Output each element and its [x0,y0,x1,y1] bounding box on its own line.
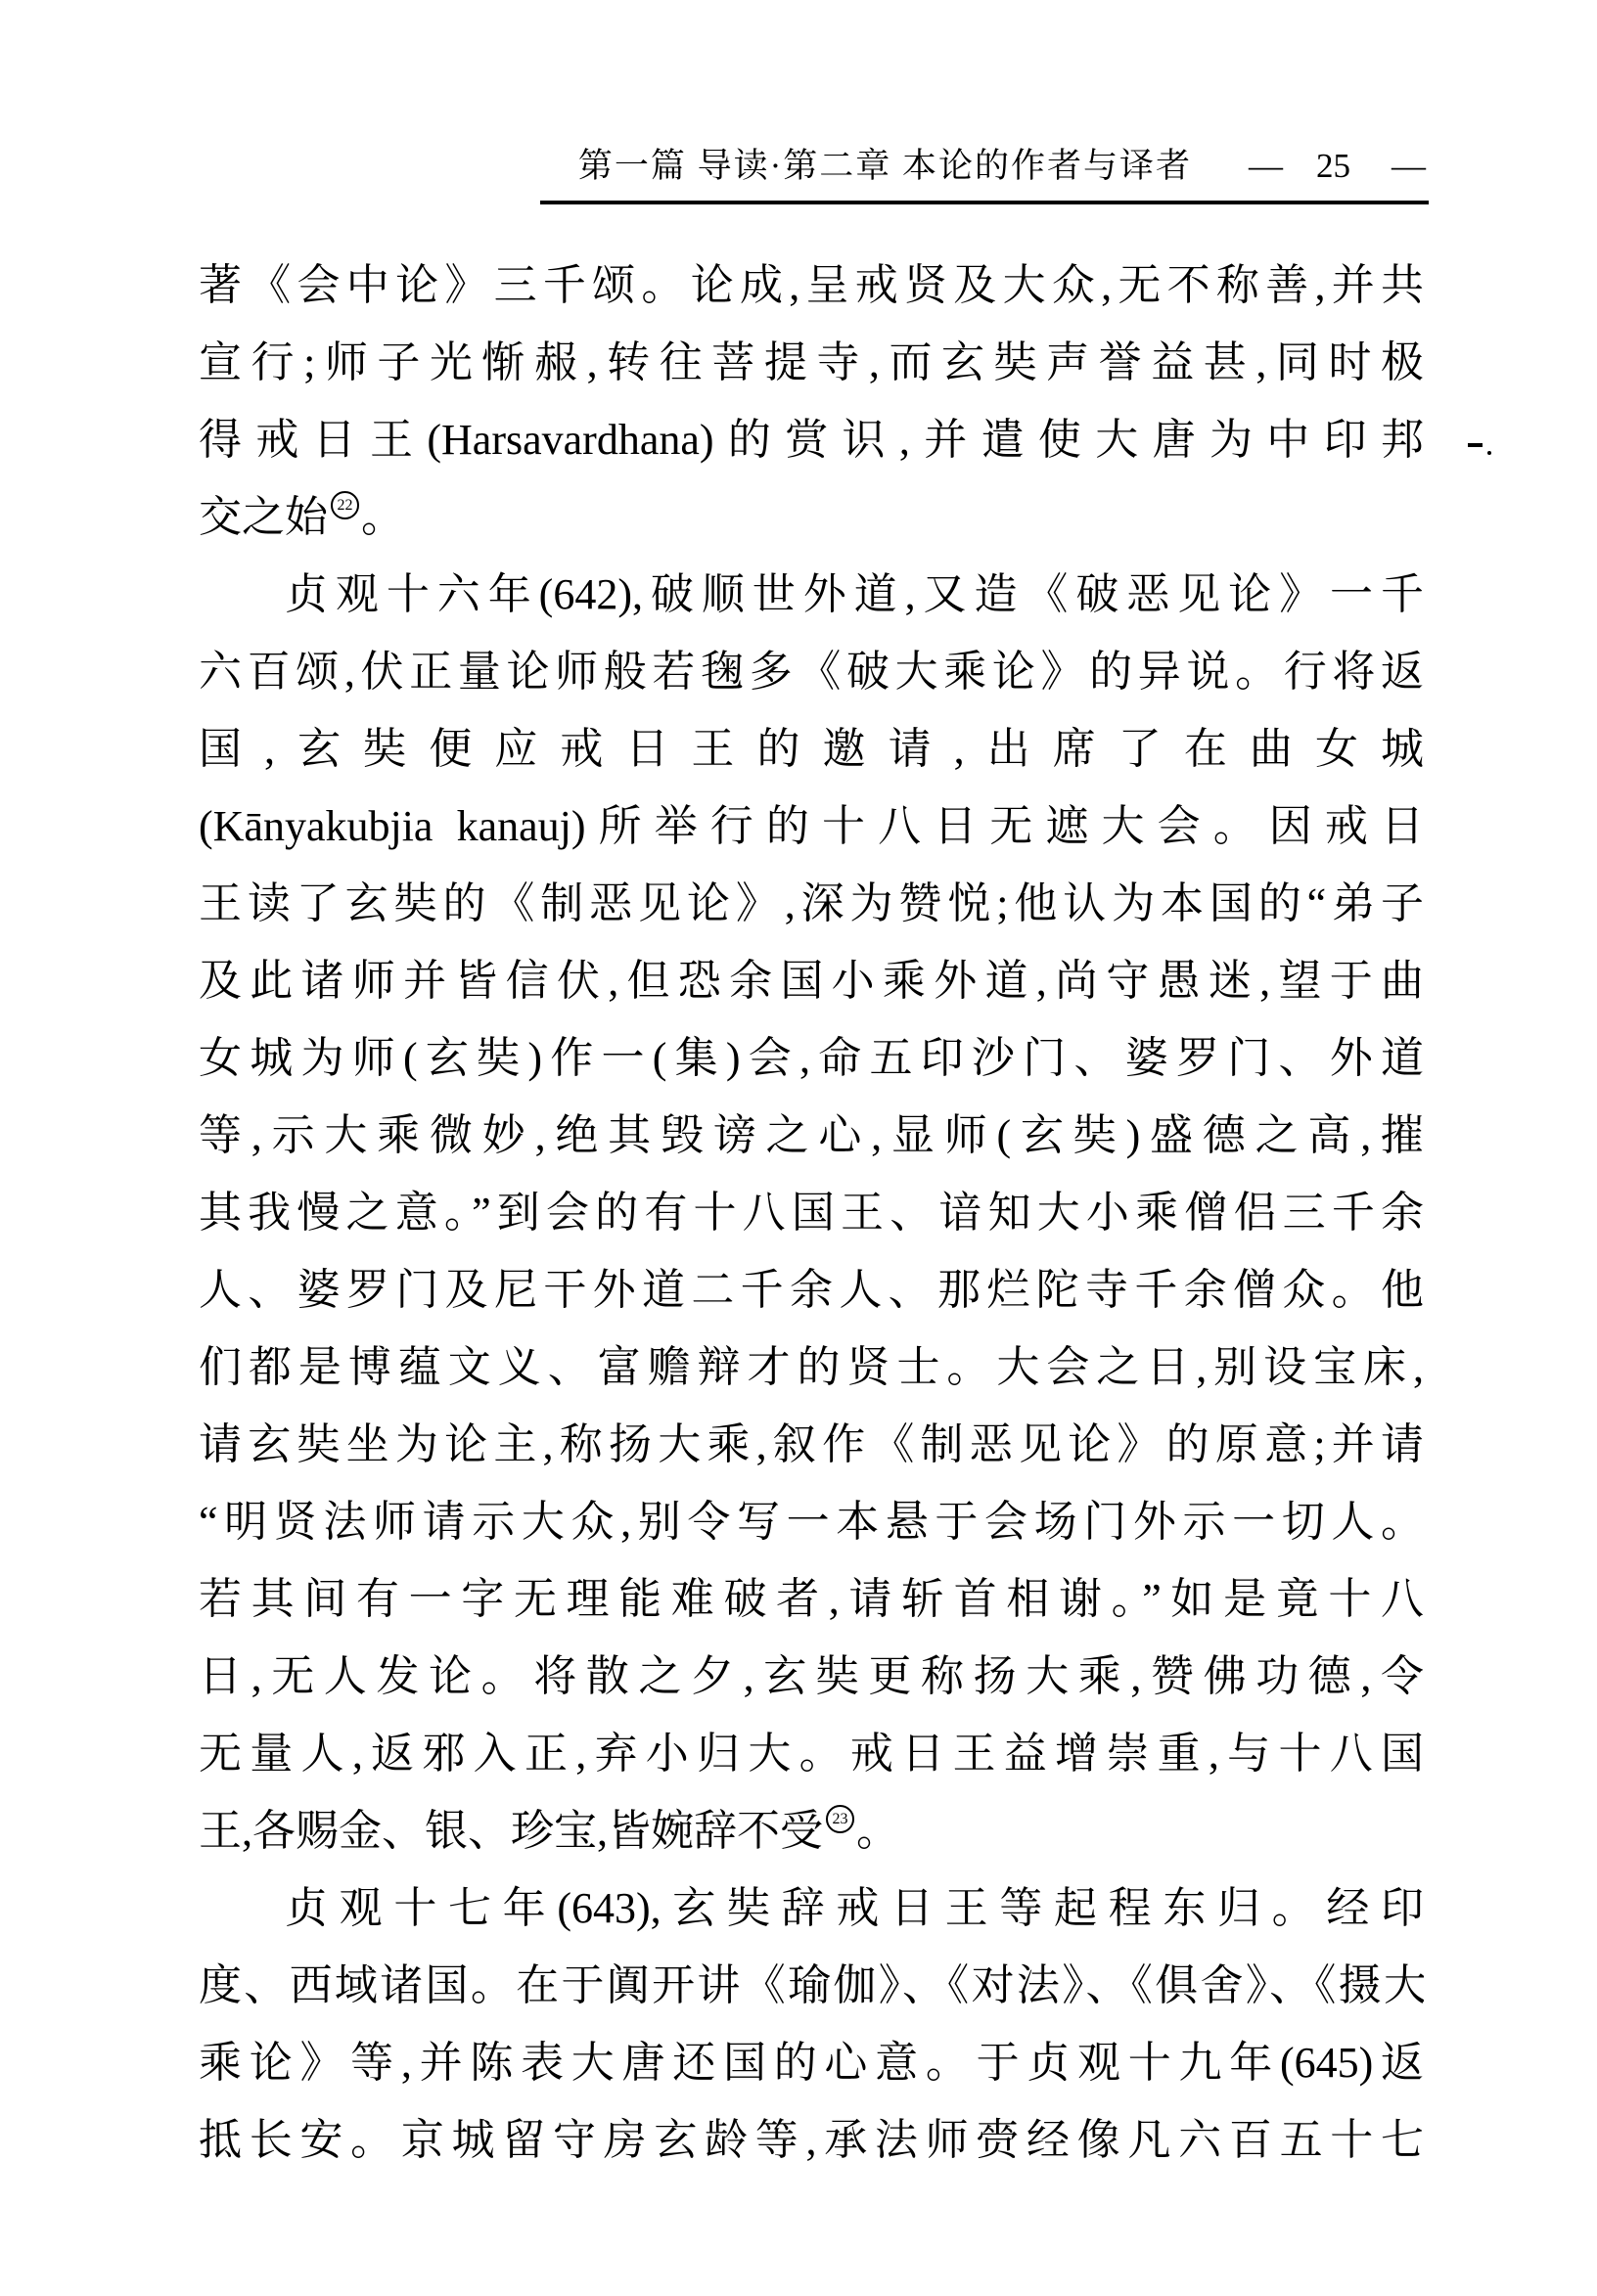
line-text: 王,各赐金、银、珍宝,皆婉辞不受 [199,1807,823,1855]
line-text: 。 [856,1807,899,1855]
text-line: 若其间有一字无理能难破者,请斩首相谢。”如是竟十八 [199,1560,1424,1638]
scan-artifact [1468,443,1483,447]
text-line: 王读了玄奘的《制恶见论》,深为赞悦;他认为本国的“弟子 [199,865,1424,942]
text-line: 请玄奘坐为论主,称扬大乘,叙作《制恶见论》的原意;并请 [199,1406,1424,1483]
text-line: 得戒日王(Harsavardhana)的赏识,并遣使大唐为中印邦 [199,401,1424,478]
text-line: 国,玄奘便应戒日王的邀请,出席了在曲女城 [199,710,1424,788]
text-line: 们都是博蕴文义、富赡辩才的贤士。大会之日,别设宝床, [199,1328,1424,1406]
running-header: 第一篇 导读·第二章 本论的作者与译者 — 25 — [199,143,1426,190]
text-line: (Kānyakubjia kanauj)所举行的十八日无遮大会。因戒日 [199,788,1424,865]
footnote-marker: 23 [826,1805,854,1833]
page-number-dash-right: — [1392,143,1426,190]
text-line: 女城为师(玄奘)作一(集)会,命五印沙门、婆罗门、外道 [199,1019,1424,1097]
text-line: 乘论》等,并陈表大唐还国的心意。于贞观十九年(645)返 [199,2024,1424,2101]
text-line: 交之始22。 [199,478,1424,556]
text-line: 及此诸师并皆信伏,但恐余国小乘外道,尚守愚迷,望于曲 [199,942,1424,1019]
page-number-dash-left: — [1249,143,1283,190]
text-line: 宣行;师子光惭赧,转往菩提寺,而玄奘声誉益甚,同时极 [199,324,1424,401]
text-line: 著《会中论》三千颂。论成,呈戒贤及大众,无不称善,并共 [199,247,1424,324]
text-line: 六百颂,伏正量论师般若毱多《破大乘论》的异说。行将返 [199,633,1424,710]
line-text: 。 [361,493,404,541]
text-line: 度、西域诸国。在于阗开讲《瑜伽》、《对法》、《俱舍》、《摄大 [199,1947,1424,2024]
line-text: 交之始 [199,493,328,541]
text-line: 王,各赐金、银、珍宝,皆婉辞不受23。 [199,1792,1424,1869]
scan-artifact [1487,451,1491,455]
page-number: 25 [1316,143,1350,190]
text-line: 日,无人发论。将散之夕,玄奘更称扬大乘,赞佛功德,令 [199,1638,1424,1715]
text-line: “明贤法师请示大众,别令写一本悬于会场门外示一切人。 [199,1483,1424,1560]
text-line: 其我慢之意。”到会的有十八国王、谙知大小乘僧侣三千余 [199,1174,1424,1251]
book-page: 第一篇 导读·第二章 本论的作者与译者 — 25 — 著《会中论》三千颂。论成,… [0,0,1597,2296]
body-text: 著《会中论》三千颂。论成,呈戒贤及大众,无不称善,并共 宣行;师子光惭赧,转往菩… [199,247,1424,2179]
text-line: 等,示大乘微妙,绝其毁谤之心,显师(玄奘)盛德之高,摧 [199,1097,1424,1174]
text-line: 贞观十七年(643),玄奘辞戒日王等起程东归。经印 [199,1869,1424,1947]
chapter-title: 第一篇 导读·第二章 本论的作者与译者 [578,143,1192,190]
text-line: 人、婆罗门及尼干外道二千余人、那烂陀寺千余僧众。他 [199,1251,1424,1328]
text-line: 贞观十六年(642),破顺世外道,又造《破恶见论》一千 [199,556,1424,633]
text-line: 抵长安。京城留守房玄龄等,承法师赍经像凡六百五十七 [199,2101,1424,2179]
header-rule [540,201,1429,204]
text-line: 无量人,返邪入正,弃小归大。戒日王益增崇重,与十八国 [199,1715,1424,1792]
footnote-marker: 22 [331,491,359,519]
